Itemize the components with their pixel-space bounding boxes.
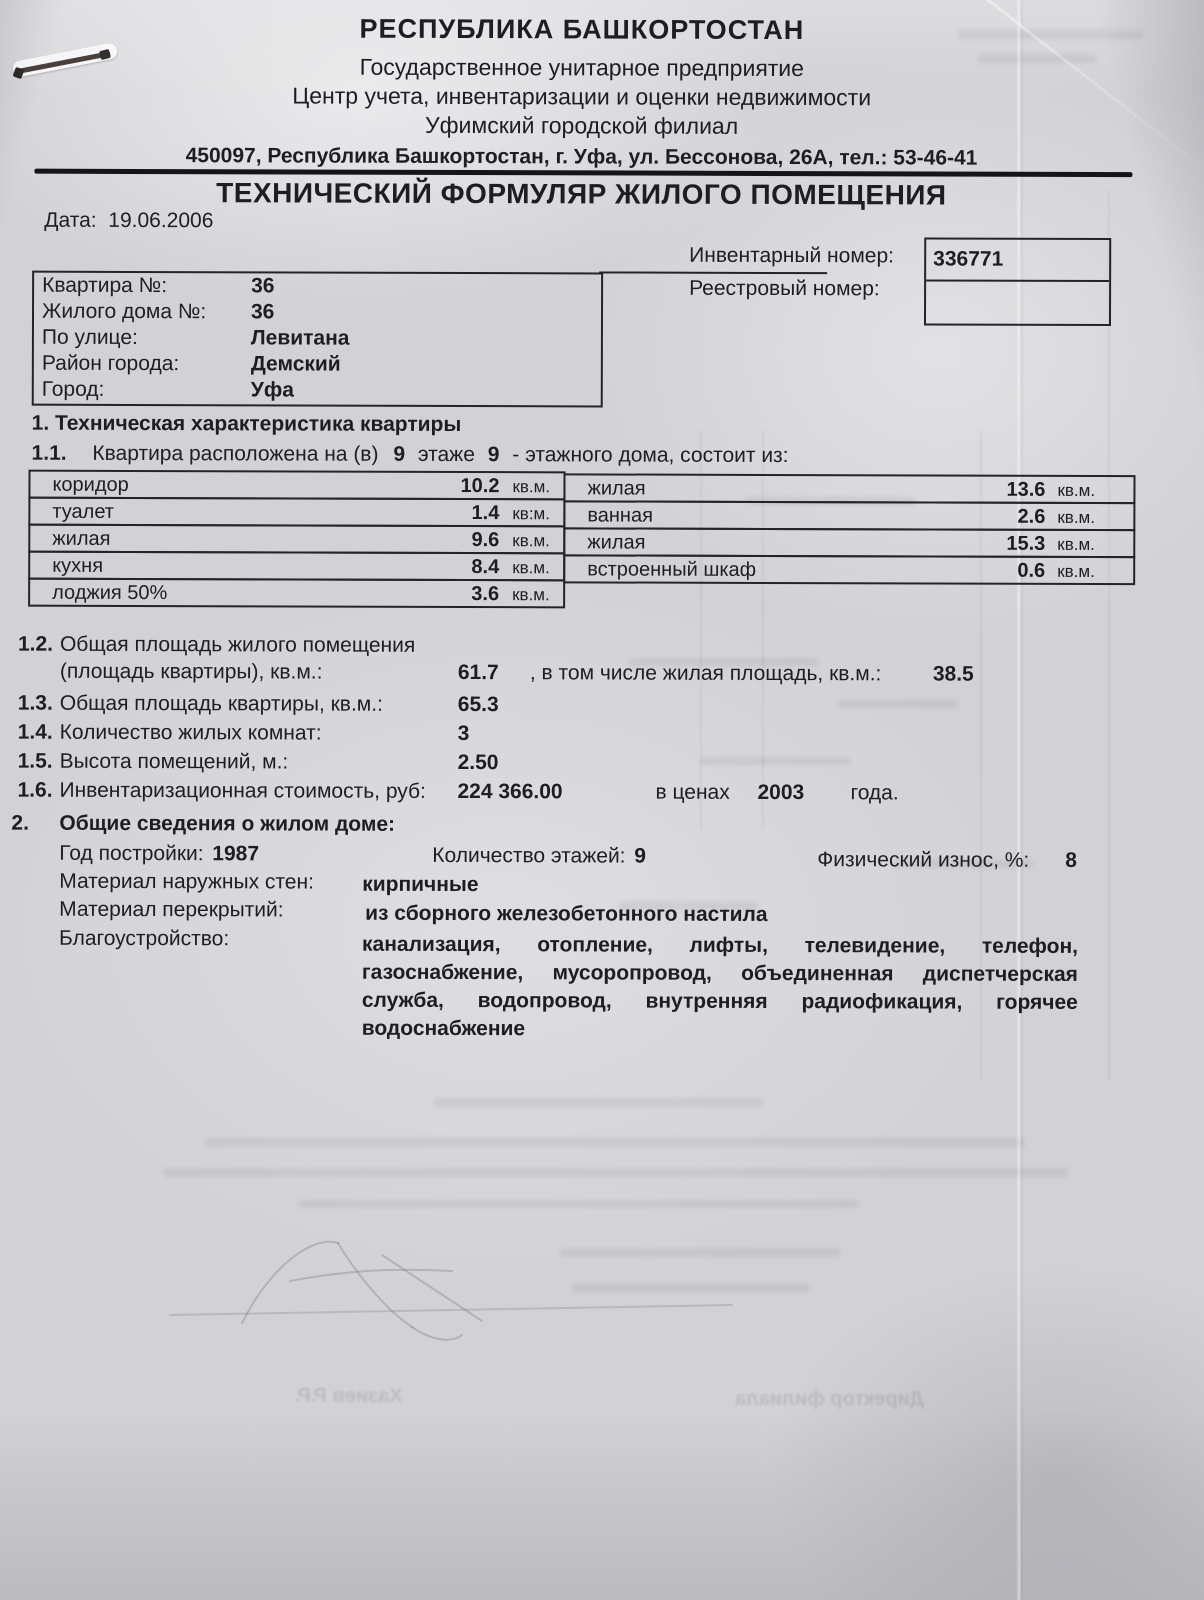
section2-heading: Общие сведения о жилом доме: [59, 812, 395, 837]
address-row-value: Демский [251, 351, 341, 377]
inventory-cost-value: 224 366.00 [457, 780, 562, 804]
room-area-unit: кв.м. [1057, 535, 1095, 555]
room-area-value: 1.4 [472, 502, 500, 525]
room-name: коридор [52, 474, 128, 497]
floors-count-label: Количество этажей: [432, 844, 625, 869]
address-row-label: Жилого дома №: [42, 299, 206, 326]
build-year-value: 1987 [212, 842, 259, 866]
item-1-6-label: Инвентаризационная стоимость, руб: [59, 779, 425, 804]
room-area-unit: кв:м. [512, 504, 550, 524]
room-row: жилая15.3кв.м. [563, 527, 1135, 558]
floors-count-value: 9 [634, 845, 646, 869]
room-area-value: 0.6 [1017, 560, 1045, 583]
room-row: ванная2.6кв.м. [563, 500, 1135, 531]
room-name: туалет [52, 501, 114, 524]
total-flat-area-value: 65.3 [458, 693, 499, 717]
living-area-value: 38.5 [933, 662, 974, 686]
item-1-2-num: 1.2. [18, 633, 53, 657]
total-floors-value: 9 [488, 443, 500, 466]
registry-number-label: Реестровый номер: [689, 277, 880, 302]
address-row-value: Уфа [251, 377, 294, 403]
address-row-value: 36 [251, 273, 274, 299]
org-name-line: Центр учета, инвентаризации и оценки нед… [30, 82, 1134, 112]
build-year-label: Год постройки: [59, 842, 203, 866]
room-area-unit: кв.м. [1057, 481, 1095, 501]
address-row: По улице:Левитана [34, 325, 601, 353]
rooms-table-right-column: жилая13.6кв.м.ванная2.6кв.м.жилая15.3кв.… [563, 473, 1135, 585]
room-row: кухня8.4кв.м. [28, 551, 565, 582]
address-row: Жилого дома №:36 [34, 299, 601, 327]
item-1-2-label-line2: (площадь квартиры), кв.м.: [60, 660, 323, 685]
room-area-unit: кв.м. [1057, 508, 1095, 528]
room-name: кухня [52, 555, 103, 578]
rooms-table-left-column: коридор10.2кв.м.туалет1.4кв:м.жилая9.6кв… [28, 470, 565, 609]
registry-number-value [926, 281, 1109, 322]
room-area-value: 13.6 [1006, 479, 1045, 502]
address-box-top-extension [599, 271, 827, 274]
item-1-1-text-b: этаже [418, 443, 475, 466]
room-area-value: 10.2 [460, 475, 499, 498]
floor-value: 9 [393, 443, 405, 466]
room-row: туалет1.4кв:м. [28, 497, 565, 528]
section1-heading: 1. Техническая характеристика квартиры [32, 412, 462, 437]
org-republic-line: РЕСПУБЛИКА БАШКОРТОСТАН [30, 13, 1134, 47]
address-row: Квартира №:36 [34, 273, 601, 301]
total-living-area-value: 61.7 [458, 661, 499, 685]
room-name: встроенный шкаф [587, 558, 756, 582]
address-row-label: Район города: [42, 351, 179, 377]
item-1-2-extra-label: , в том числе жилая площадь, кв.м.: [530, 661, 882, 686]
in-prices-label: в ценах [655, 781, 729, 805]
address-row-label: Квартира №: [42, 273, 167, 299]
item-1-3-label: Общая площадь квартиры, кв.м.: [60, 692, 383, 717]
section2-num: 2. [11, 812, 29, 836]
amenities-line: водоснабжение [362, 1015, 1078, 1045]
inventory-number-value: 336771 [926, 239, 1109, 282]
address-row-label: Город: [42, 377, 105, 403]
room-name: лоджия 50% [52, 582, 167, 605]
item-1-1-text-c: - этажного дома, состоит из: [512, 443, 788, 467]
slabs-material-value: из сборного железобетонного настила [365, 902, 768, 927]
room-area-unit: кв.м. [512, 477, 550, 497]
room-row: жилая13.6кв.м. [563, 473, 1135, 504]
room-area-value: 8.4 [471, 556, 499, 579]
item-1-5-num: 1.5. [18, 750, 53, 774]
item-1-3-num: 1.3. [18, 692, 53, 716]
room-area-value: 9.6 [471, 529, 499, 552]
address-row-value: Левитана [251, 325, 350, 351]
item-1-4-label: Количество жилых комнат: [60, 721, 322, 746]
address-row-value: 36 [251, 299, 274, 325]
amenities-line: служба, водопровод, внутренняя радиофика… [362, 987, 1078, 1017]
item-1-4-num: 1.4. [18, 721, 53, 745]
document-title: ТЕХНИЧЕСКИЙ ФОРМУЛЯР ЖИЛОГО ПОМЕЩЕНИЯ [29, 177, 1133, 212]
room-name: жилая [52, 528, 110, 551]
room-area-value: 15.3 [1006, 533, 1045, 556]
room-row: жилая9.6кв.м. [28, 524, 565, 555]
room-row: встроенный шкаф0.6кв.м. [563, 554, 1135, 585]
address-box: Квартира №:36Жилого дома №:36По улице:Ле… [32, 271, 603, 408]
ceiling-height-value: 2.50 [458, 751, 499, 775]
org-address-line: 450097, Республика Башкортостан, г. Уфа,… [29, 144, 1133, 171]
item-1-6-num: 1.6. [17, 779, 52, 803]
org-type-line: Государственное унитарное предприятие [30, 53, 1134, 83]
letterhead: РЕСПУБЛИКА БАШКОРТОСТАН Государственное … [29, 13, 1133, 171]
org-branch-line: Уфимский городской филиал [30, 111, 1134, 141]
room-row: лоджия 50%3.6кв.м. [28, 578, 565, 609]
room-area-value: 2.6 [1018, 506, 1046, 529]
slabs-material-label: Материал перекрытий: [59, 898, 284, 923]
physical-wear-label: Физический износ, %: [817, 848, 1029, 873]
walls-material-value: кирпичные [362, 873, 478, 897]
amenities-line: канализация, отопление, лифты, телевиден… [362, 931, 1078, 961]
room-name: ванная [587, 504, 653, 527]
number-box: 336771 [924, 237, 1111, 326]
item-1-1-num: 1.1. [32, 442, 87, 466]
address-row: Город:Уфа [34, 377, 601, 405]
rooms-table: коридор10.2кв.м.туалет1.4кв:м.жилая9.6кв… [28, 470, 1135, 618]
date-line: Дата: 19.06.2006 [44, 209, 213, 234]
rooms-count-value: 3 [458, 722, 470, 746]
item-1-2-label-line1: Общая площадь жилого помещения [60, 633, 415, 658]
room-area-unit: кв.м. [512, 531, 550, 551]
inventory-number-label: Инвентарный номер: [689, 244, 894, 269]
room-area-value: 3.6 [471, 583, 499, 606]
amenities-label: Благоустройство: [59, 927, 229, 952]
room-name: жилая [587, 531, 645, 554]
date-value: 19.06.2006 [108, 209, 213, 232]
date-label: Дата: [44, 209, 96, 232]
room-area-unit: кв.м. [512, 558, 550, 578]
item-1-1-text-a: Квартира расположена на (в) [92, 442, 378, 466]
address-row: Район города:Демский [34, 351, 601, 379]
item-1-5-label: Высота помещений, м.: [60, 750, 289, 775]
room-row: коридор10.2кв.м. [28, 470, 565, 501]
walls-material-label: Материал наружных стен: [59, 870, 314, 895]
item-1-1: 1.1. Квартира расположена на (в) 9 этаже… [32, 442, 789, 468]
room-area-unit: кв.м. [1057, 562, 1095, 582]
room-name: жилая [587, 477, 645, 500]
amenities-list: канализация, отопление, лифты, телевиден… [362, 931, 1078, 1045]
scanned-document-page: Хазиев Р.Р. Директор филиала РЕСПУБЛИКА … [0, 0, 1204, 1600]
physical-wear-value: 8 [1065, 849, 1077, 873]
address-row-label: По улице: [42, 325, 138, 351]
price-year-value: 2003 [757, 781, 804, 805]
room-area-unit: кв.м. [512, 585, 550, 605]
year-suffix: года. [850, 781, 898, 805]
amenities-line: газоснабжение, мусоропровод, объединенна… [362, 959, 1078, 989]
